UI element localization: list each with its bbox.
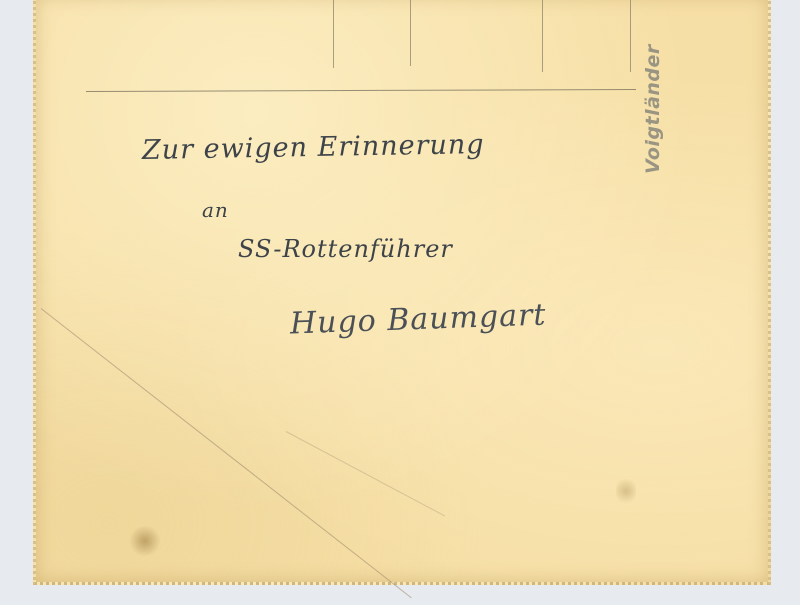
stamp-box-divider xyxy=(630,0,631,72)
stamp-box-divider xyxy=(333,0,334,68)
paper-crease xyxy=(286,431,445,516)
address-line xyxy=(86,89,636,92)
inscription-line-2: an xyxy=(202,198,229,222)
paper-crease xyxy=(41,308,412,598)
stamp-box-divider xyxy=(542,0,543,72)
paper-stain xyxy=(616,476,636,506)
paper-stain xyxy=(128,526,162,556)
inscription-line-3: SS-Rottenführer xyxy=(238,235,453,263)
publisher-imprint: Voigtländer xyxy=(642,44,664,174)
stamp-box-divider xyxy=(410,0,411,66)
inscription-line-1: Zur ewigen Erinnerung xyxy=(142,129,485,166)
